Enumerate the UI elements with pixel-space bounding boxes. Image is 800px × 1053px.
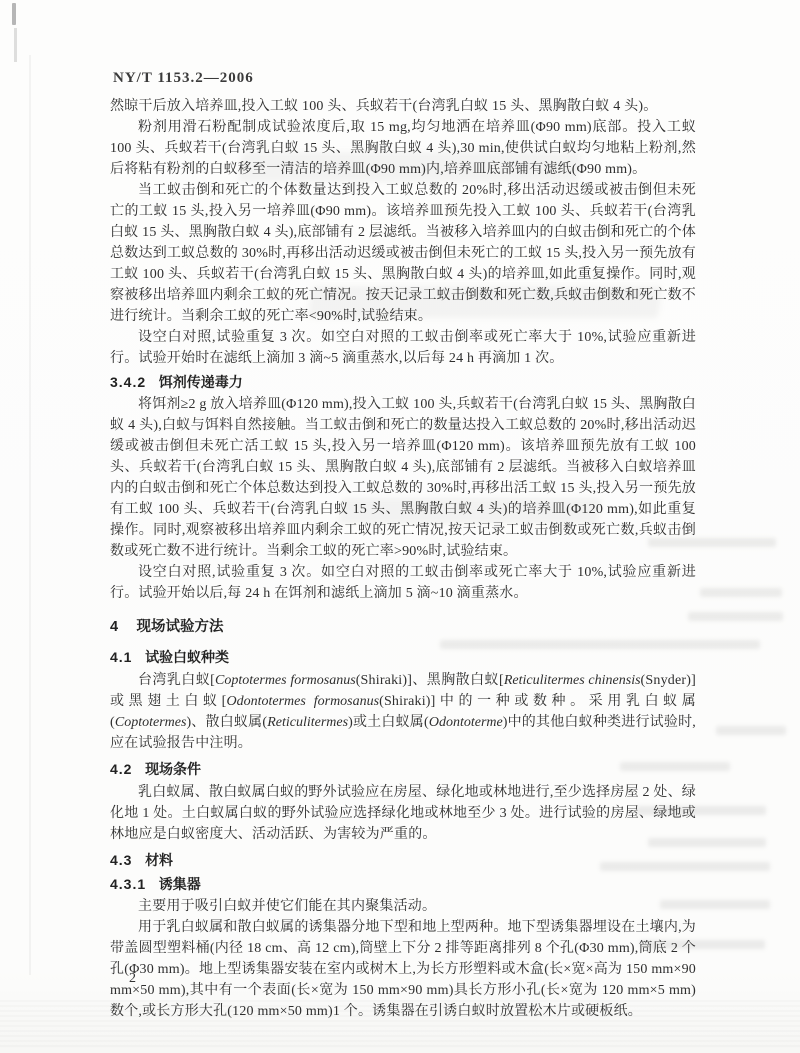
- latin-species-name: Coptotermes formosanus: [215, 673, 356, 688]
- section-number: 3.4.2: [110, 374, 146, 390]
- section-number: 4.2: [110, 761, 132, 777]
- bleed-through-mark: [700, 588, 782, 597]
- paragraph: 将饵剂≥2 g 放入培养皿(Φ120 mm),投入工蚁 100 头,兵蚁若干(台…: [110, 394, 696, 562]
- latin-species-name: Odontoterme: [429, 715, 503, 730]
- section-number: 4.3.1: [110, 876, 146, 892]
- paragraph: 当工蚁击倒和死亡的个体数量达到投入工蚁总数的 20%时,移出活动迟缓或被击倒但未…: [110, 180, 696, 327]
- section-title: 现场试验方法: [136, 619, 223, 635]
- scan-shadow-band: [0, 1000, 800, 1048]
- bleed-through-mark: [440, 640, 760, 649]
- bleed-through-mark: [620, 762, 730, 771]
- paragraph: 设空白对照,试验重复 3 次。如空白对照的工蚁击倒率或死亡率大于 10%,试验应…: [110, 562, 696, 604]
- content-column: 然晾干后放入培养皿,投入工蚁 100 头、兵蚁若干(台湾乳白蚁 15 头、黑胸散…: [110, 96, 696, 1022]
- section-heading: 4.2现场条件: [110, 759, 696, 780]
- bleed-through-mark: [640, 940, 765, 949]
- bleed-through-mark: [660, 900, 770, 909]
- bleed-through-mark: [648, 538, 776, 547]
- text-run: 台湾乳白蚁[: [138, 673, 215, 688]
- section-title: 诱集器: [159, 876, 201, 892]
- text-run: (Shiraki)]、黑胸散白蚁[: [356, 673, 504, 688]
- bleed-through-mark: [716, 726, 786, 735]
- latin-species-name: Coptotermes: [115, 715, 187, 730]
- section-heading: 4现场试验方法: [110, 617, 696, 638]
- section-heading: 3.4.2饵剂传递毒力: [110, 372, 696, 393]
- paragraph: 台湾乳白蚁[Coptotermes formosanus(Shiraki)]、黑…: [110, 670, 696, 754]
- section-number: 4.3: [110, 852, 132, 868]
- latin-species-name: Reticulitermes chinensis: [504, 673, 641, 688]
- bleed-through-mark: [688, 612, 783, 621]
- paragraph: 乳白蚁属、散白蚁属白蚁的野外试验应在房屋、绿化地或林地进行,至少选择房屋 2 处…: [110, 782, 696, 845]
- page-number: 2: [129, 971, 136, 987]
- paragraph: 然晾干后放入培养皿,投入工蚁 100 头、兵蚁若干(台湾乳白蚁 15 头、黑胸散…: [110, 96, 696, 117]
- bleed-through-mark: [600, 862, 770, 871]
- paragraph: 主要用于吸引白蚁并使它们能在其内聚集活动。: [110, 896, 696, 917]
- paragraph: 设空白对照,试验重复 3 次。如空白对照的工蚁击倒率或死亡率大于 10%,试验应…: [110, 327, 696, 369]
- bleed-through-mark: [636, 806, 766, 815]
- paragraph: 粉剂用滑石粉配制成试验浓度后,取 15 mg,均匀地洒在培养皿(Φ90 mm)底…: [110, 117, 696, 180]
- latin-species-name: Odontotermes formosanus: [227, 694, 380, 709]
- latin-species-name: Reticulitermes: [267, 715, 348, 730]
- text-run: )、散白蚁属(: [186, 715, 267, 730]
- section-title: 试验白蚁种类: [145, 649, 229, 665]
- section-number: 4: [110, 619, 119, 635]
- scanned-document-page: NY/T 1153.2—2006 然晾干后放入培养皿,投入工蚁 100 头、兵蚁…: [0, 0, 800, 1053]
- scan-edge-mark: [14, 28, 17, 62]
- text-run: )或土白蚁属(: [348, 715, 429, 730]
- section-number: 4.1: [110, 649, 132, 665]
- section-title: 材料: [145, 852, 173, 868]
- bleed-through-mark: [648, 838, 766, 847]
- section-heading: 4.1试验白蚁种类: [110, 647, 696, 668]
- section-heading: 4.3.1诱集器: [110, 874, 696, 895]
- section-title: 现场条件: [145, 761, 201, 777]
- scan-edge-mark: [12, 3, 16, 25]
- section-title: 饵剂传递毒力: [159, 374, 243, 390]
- standard-number: NY/T 1153.2—2006: [113, 70, 254, 87]
- scan-edge-line: [29, 55, 31, 975]
